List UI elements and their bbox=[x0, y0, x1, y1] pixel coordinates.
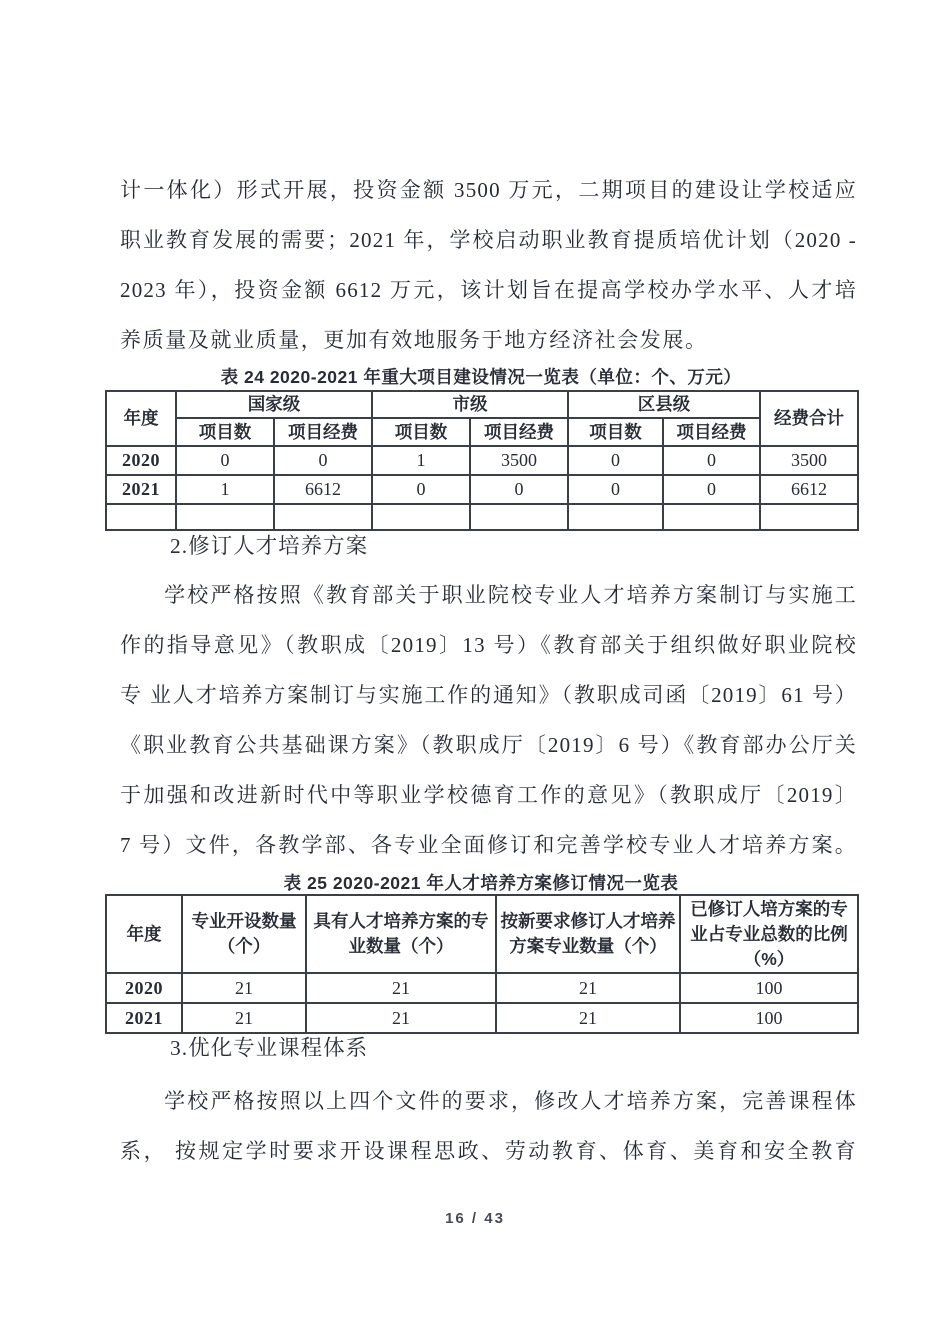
table-cell-empty bbox=[372, 504, 470, 530]
table24-major-projects: 年度 国家级 市级 区县级 经费合计 项目数 项目经费 项目数 项目经费 项目数… bbox=[105, 390, 859, 531]
paragraph-line: 计一体化）形式开展，投资金额 3500 万元，二期项目的建设让学校适应 bbox=[120, 165, 857, 215]
table24-header-city: 市级 bbox=[372, 391, 568, 418]
table-cell: 21 bbox=[306, 1003, 496, 1033]
table-cell: 1 bbox=[176, 475, 274, 504]
table-cell-empty bbox=[106, 504, 176, 530]
table24-header-national: 国家级 bbox=[176, 391, 372, 418]
table-cell: 3500 bbox=[760, 446, 858, 475]
paragraph-policy-documents: 学校严格按照《教育部关于职业院校专业人才培养方案制订与实施工 作的指导意见》（教… bbox=[120, 570, 857, 870]
table-cell: 100 bbox=[680, 973, 858, 1003]
table24-caption: 表 24 2020-2021 年重大项目建设情况一览表（单位：个、万元） bbox=[105, 364, 857, 389]
table25-header-year: 年度 bbox=[106, 895, 182, 973]
table-cell: 3500 bbox=[470, 446, 568, 475]
table-cell: 2020 bbox=[106, 973, 182, 1003]
table25-caption: 表 25 2020-2021 年人才培养方案修订情况一览表 bbox=[105, 870, 857, 895]
table-cell: 0 bbox=[372, 475, 470, 504]
table-cell-empty bbox=[176, 504, 274, 530]
paragraph-investment: 计一体化）形式开展，投资金额 3500 万元，二期项目的建设让学校适应 职业教育… bbox=[120, 165, 857, 365]
table-cell: 2021 bbox=[106, 475, 176, 504]
table25-row-2021: 2021 21 21 21 100 bbox=[106, 1003, 858, 1033]
table24-header-year: 年度 bbox=[106, 391, 176, 446]
section-heading-2: 2.修订人才培养方案 bbox=[170, 532, 368, 560]
table-cell: 21 bbox=[496, 1003, 680, 1033]
table24-subheader-count: 项目数 bbox=[372, 418, 470, 446]
table-cell: 6612 bbox=[760, 475, 858, 504]
table-cell: 21 bbox=[496, 973, 680, 1003]
paragraph-line: 职业教育发展的需要；2021 年，学校启动职业教育提质培优计划（2020 - bbox=[120, 215, 857, 265]
paragraph-curriculum: 学校严格按照以上四个文件的要求，修改人才培养方案，完善课程体 系， 按规定学时要… bbox=[120, 1076, 857, 1176]
table-cell: 0 bbox=[176, 446, 274, 475]
paragraph-line: 2023 年），投资金额 6612 万元，该计划旨在提高学校办学水平、人才培 bbox=[120, 265, 857, 315]
table-cell-empty bbox=[568, 504, 663, 530]
table24-subheader-count: 项目数 bbox=[568, 418, 663, 446]
table25-header-majors-with-plan: 具有人才培养方案的专业数量（个） bbox=[306, 895, 496, 973]
table-cell-empty bbox=[663, 504, 760, 530]
table-cell: 21 bbox=[306, 973, 496, 1003]
paragraph-line: 养质量及就业质量，更加有效地服务于地方经济社会发展。 bbox=[120, 315, 857, 365]
table-cell-empty bbox=[274, 504, 372, 530]
table-cell: 21 bbox=[182, 973, 306, 1003]
table-cell: 0 bbox=[568, 446, 663, 475]
paragraph-line: 系， 按规定学时要求开设课程思政、劳动教育、体育、美育和安全教育 bbox=[120, 1126, 857, 1176]
table-cell: 1 bbox=[372, 446, 470, 475]
table24-subheader-funds: 项目经费 bbox=[470, 418, 568, 446]
table-cell-empty bbox=[470, 504, 568, 530]
paragraph-line: 学校严格按照《教育部关于职业院校专业人才培养方案制订与实施工 bbox=[120, 570, 857, 620]
table-cell: 6612 bbox=[274, 475, 372, 504]
table24-subheader-funds: 项目经费 bbox=[274, 418, 372, 446]
table25-header-majors-revised: 按新要求修订人才培养方案专业数量（个） bbox=[496, 895, 680, 973]
table-cell: 0 bbox=[470, 475, 568, 504]
paragraph-line: 作的指导意见》（教职成〔2019〕13 号）《教育部关于组织做好职业院校 bbox=[120, 620, 857, 670]
table24-row-2020: 2020 0 0 1 3500 0 0 3500 bbox=[106, 446, 858, 475]
paragraph-line: 学校严格按照以上四个文件的要求，修改人才培养方案，完善课程体 bbox=[120, 1076, 857, 1126]
table-cell: 0 bbox=[663, 475, 760, 504]
table-cell: 2021 bbox=[106, 1003, 182, 1033]
section-heading-3: 3.优化专业课程体系 bbox=[170, 1034, 368, 1062]
document-page: 计一体化）形式开展，投资金额 3500 万元，二期项目的建设让学校适应 职业教育… bbox=[0, 0, 950, 1344]
table24-subheader-funds: 项目经费 bbox=[663, 418, 760, 446]
table24-header-total: 经费合计 bbox=[760, 391, 858, 446]
table25-header-revision-ratio: 已修订人培方案的专业占专业总数的比例（%） bbox=[680, 895, 858, 973]
table-cell: 0 bbox=[274, 446, 372, 475]
table-cell: 21 bbox=[182, 1003, 306, 1033]
table-cell-empty bbox=[760, 504, 858, 530]
paragraph-line: 《职业教育公共基础课方案》（教职成厅〔2019〕6 号）《教育部办公厅关 bbox=[120, 720, 857, 770]
table24-subheader-count: 项目数 bbox=[176, 418, 274, 446]
table24-row-empty bbox=[106, 504, 858, 530]
table-cell: 0 bbox=[568, 475, 663, 504]
page-number: 16 / 43 bbox=[0, 1210, 950, 1227]
table-cell: 2020 bbox=[106, 446, 176, 475]
table25-row-2020: 2020 21 21 21 100 bbox=[106, 973, 858, 1003]
table-cell: 100 bbox=[680, 1003, 858, 1033]
table-cell: 0 bbox=[663, 446, 760, 475]
paragraph-line: 7 号）文件，各教学部、各专业全面修订和完善学校专业人才培养方案。 bbox=[120, 820, 857, 870]
paragraph-line: 专 业人才培养方案制订与实施工作的通知》（教职成司函〔2019〕61 号） bbox=[120, 670, 857, 720]
paragraph-line: 于加强和改进新时代中等职业学校德育工作的意见》（教职成厅〔2019〕 bbox=[120, 770, 857, 820]
table24-row-2021: 2021 1 6612 0 0 0 0 6612 bbox=[106, 475, 858, 504]
table24-header-district: 区县级 bbox=[568, 391, 760, 418]
table25-training-plan-revision: 年度 专业开设数量（个） 具有人才培养方案的专业数量（个） 按新要求修订人才培养… bbox=[105, 894, 859, 1034]
table25-header-majors-offered: 专业开设数量（个） bbox=[182, 895, 306, 973]
